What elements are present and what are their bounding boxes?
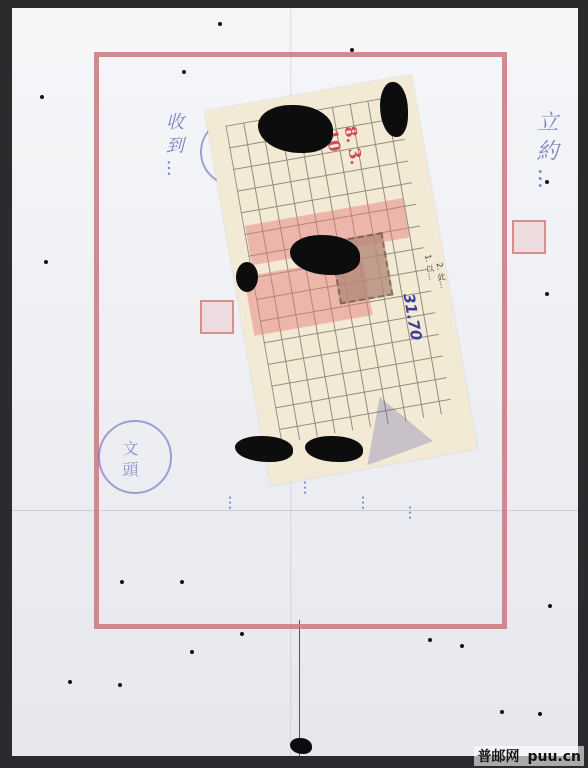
handwriting-bottom-3: ... [358, 495, 377, 510]
blue-seal-text: 文 頭 [118, 440, 141, 477]
ink-dot [120, 580, 124, 584]
ink-dot [180, 580, 184, 584]
handwriting-bottom-4: ... [405, 505, 424, 520]
watermark-domain: puu.cn [527, 749, 581, 765]
ink-dot [545, 180, 549, 184]
ink-dot [118, 683, 122, 687]
ink-dot [545, 292, 549, 296]
ink-dot [218, 22, 222, 26]
fold-line-vertical [299, 620, 300, 756]
ink-blot [236, 262, 258, 292]
ink-dot [428, 638, 432, 642]
handwriting-bottom-2: ... [300, 480, 319, 495]
ink-dot [182, 70, 186, 74]
handwriting-right: 立 約 ... [530, 110, 561, 189]
ink-dot [44, 260, 48, 264]
ink-dot [500, 710, 504, 714]
ink-dot [68, 680, 72, 684]
ink-dot [40, 95, 44, 99]
ink-dot [190, 650, 194, 654]
ink-dot [538, 712, 542, 716]
blue-round-seal: 文 頭 [98, 420, 172, 494]
handwriting-left: 收 到 ... [160, 112, 186, 177]
watermark-site-name: 普邮网 [477, 749, 519, 765]
red-seal-left [200, 300, 234, 334]
ink-dot [240, 632, 244, 636]
ink-dot [548, 604, 552, 608]
ink-dot [460, 644, 464, 648]
ink-blot [290, 738, 312, 754]
red-seal-right [512, 220, 546, 254]
handwriting-bottom-1: ... [225, 495, 244, 510]
site-watermark: 普邮网puu.cn [474, 746, 584, 766]
ink-dot [350, 48, 354, 52]
